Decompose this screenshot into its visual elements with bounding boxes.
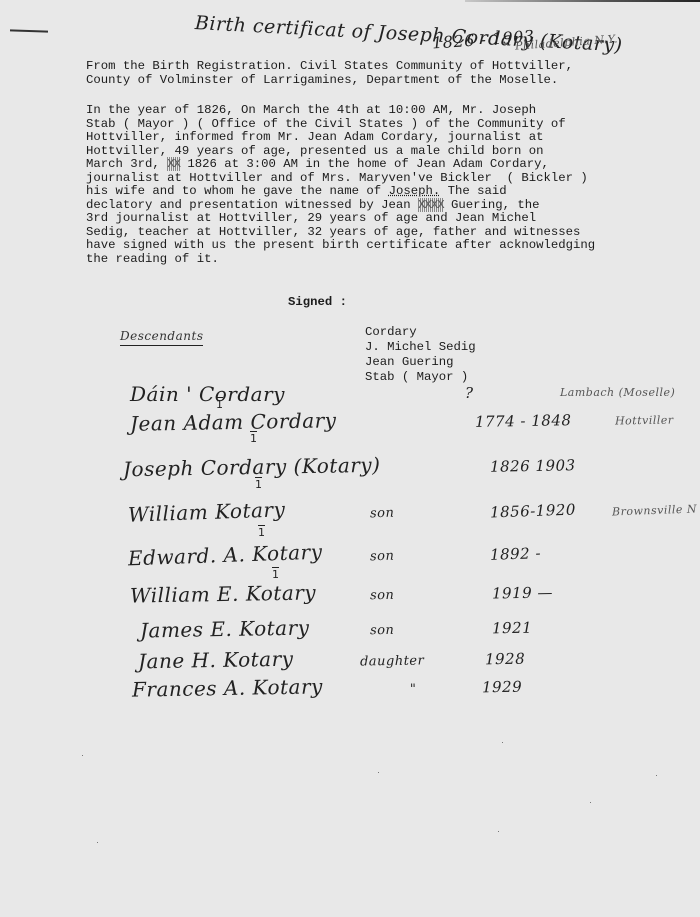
descendant-name: Frances A. Kotary (132, 674, 323, 701)
struck-text: XX (167, 157, 180, 171)
signatory: Stab ( Mayor ) (365, 370, 468, 384)
intro-line: From the Birth Registration. Civil State… (86, 59, 573, 73)
descendant-name: Jane H. Kotary (138, 647, 294, 674)
descendant-relation: son (370, 506, 395, 522)
body-line: declatory and presentation witnessed by … (86, 198, 418, 212)
descendant-name: William Kotary (128, 497, 286, 526)
descendant-name: James E. Kotary (140, 616, 310, 643)
descendant-years: 1774 - 1848 (475, 411, 572, 431)
scan-speck (590, 802, 591, 803)
descendant-relation: son (370, 623, 395, 638)
descendant-place: Hottviller (615, 413, 674, 427)
descendant-years: 1856-1920 (490, 501, 576, 522)
scan-edge-bar (465, 0, 700, 2)
struck-text: XXXX (418, 198, 444, 212)
scan-speck (378, 772, 379, 773)
scan-speck (498, 831, 499, 832)
body-line: The said (440, 184, 506, 198)
generation-mark: 1 (255, 478, 262, 491)
body-line: Guering, the (444, 198, 540, 212)
body-line: the reading of it. (86, 252, 219, 266)
generation-mark: 1 (216, 398, 223, 411)
signatory: J. Michel Sedig (365, 340, 476, 354)
descendant-relation: daughter (360, 653, 425, 669)
child-name: Joseph. (389, 184, 441, 198)
generation-mark: 1 (272, 568, 279, 581)
descendant-years: 1892 - (490, 544, 542, 564)
body-line: 3rd journalist at Hottviller, 29 years o… (86, 211, 536, 225)
body-line: Hottviller, 49 years of age, presented u… (86, 144, 544, 158)
body-line: have signed with us the present birth ce… (86, 238, 595, 252)
generation-mark: 1 (258, 526, 265, 539)
body-line: Hottviller, informed from Mr. Jean Adam … (86, 130, 544, 144)
signatory: Cordary (365, 325, 417, 339)
descendant-relation: " (410, 682, 417, 697)
body-line: March 3rd, (86, 157, 167, 171)
descendant-name: William E. Kotary (130, 580, 317, 607)
signed-label: Signed : (288, 296, 347, 310)
body-line: his wife and to whom he gave the name of (86, 184, 389, 198)
intro-line: County of Volminster of Larrigamines, De… (86, 73, 558, 87)
descendant-years: 1826 1903 (490, 456, 576, 475)
body-line: Stab ( Mayor ) ( Office of the Civil Sta… (86, 117, 566, 131)
descendant-name: Edward. A. Kotary (128, 540, 323, 571)
descendant-years: 1919 — (492, 583, 553, 602)
descendant-name: Dáin ' Cordary (130, 382, 285, 406)
scan-speck (97, 842, 98, 843)
intro-paragraph: From the Birth Registration. Civil State… (86, 60, 573, 87)
descendant-years: ? (465, 384, 474, 402)
descendant-place: Brownsville N (612, 503, 697, 519)
handwritten-title: Birth certificat of Joseph Cordary (Kota… (194, 12, 623, 56)
descendant-relation: son (370, 549, 395, 565)
body-paragraph: In the year of 1826, On March the 4th at… (86, 104, 595, 266)
descendant-place: Lambach (Moselle) (560, 386, 675, 399)
scan-speck (656, 775, 657, 776)
descendants-label: Descendants (120, 329, 203, 346)
body-line: journalist at Hottviller and of Mrs. Mar… (86, 171, 588, 185)
margin-dash-mark (10, 29, 48, 32)
descendant-years: 1921 (492, 619, 532, 638)
descendant-years: 1928 (485, 650, 525, 669)
body-line: 1826 at 3:00 AM in the home of Jean Adam… (180, 157, 549, 171)
scan-speck (82, 755, 83, 756)
signatory: Jean Guering (365, 355, 454, 369)
signatory-list: Cordary J. Michel Sedig Jean Guering Sta… (365, 325, 476, 385)
scan-speck (502, 742, 503, 743)
descendant-name: Jean Adam Cordary (130, 408, 337, 436)
descendant-relation: son (370, 588, 395, 603)
descendant-name: Joseph Cordary (Kotary) (123, 453, 381, 481)
body-line: Sedig, teacher at Hottviller, 32 years o… (86, 225, 580, 239)
generation-mark: 1 (250, 432, 257, 445)
body-line: In the year of 1826, On March the 4th at… (86, 103, 536, 117)
descendant-years: 1929 (482, 678, 522, 697)
